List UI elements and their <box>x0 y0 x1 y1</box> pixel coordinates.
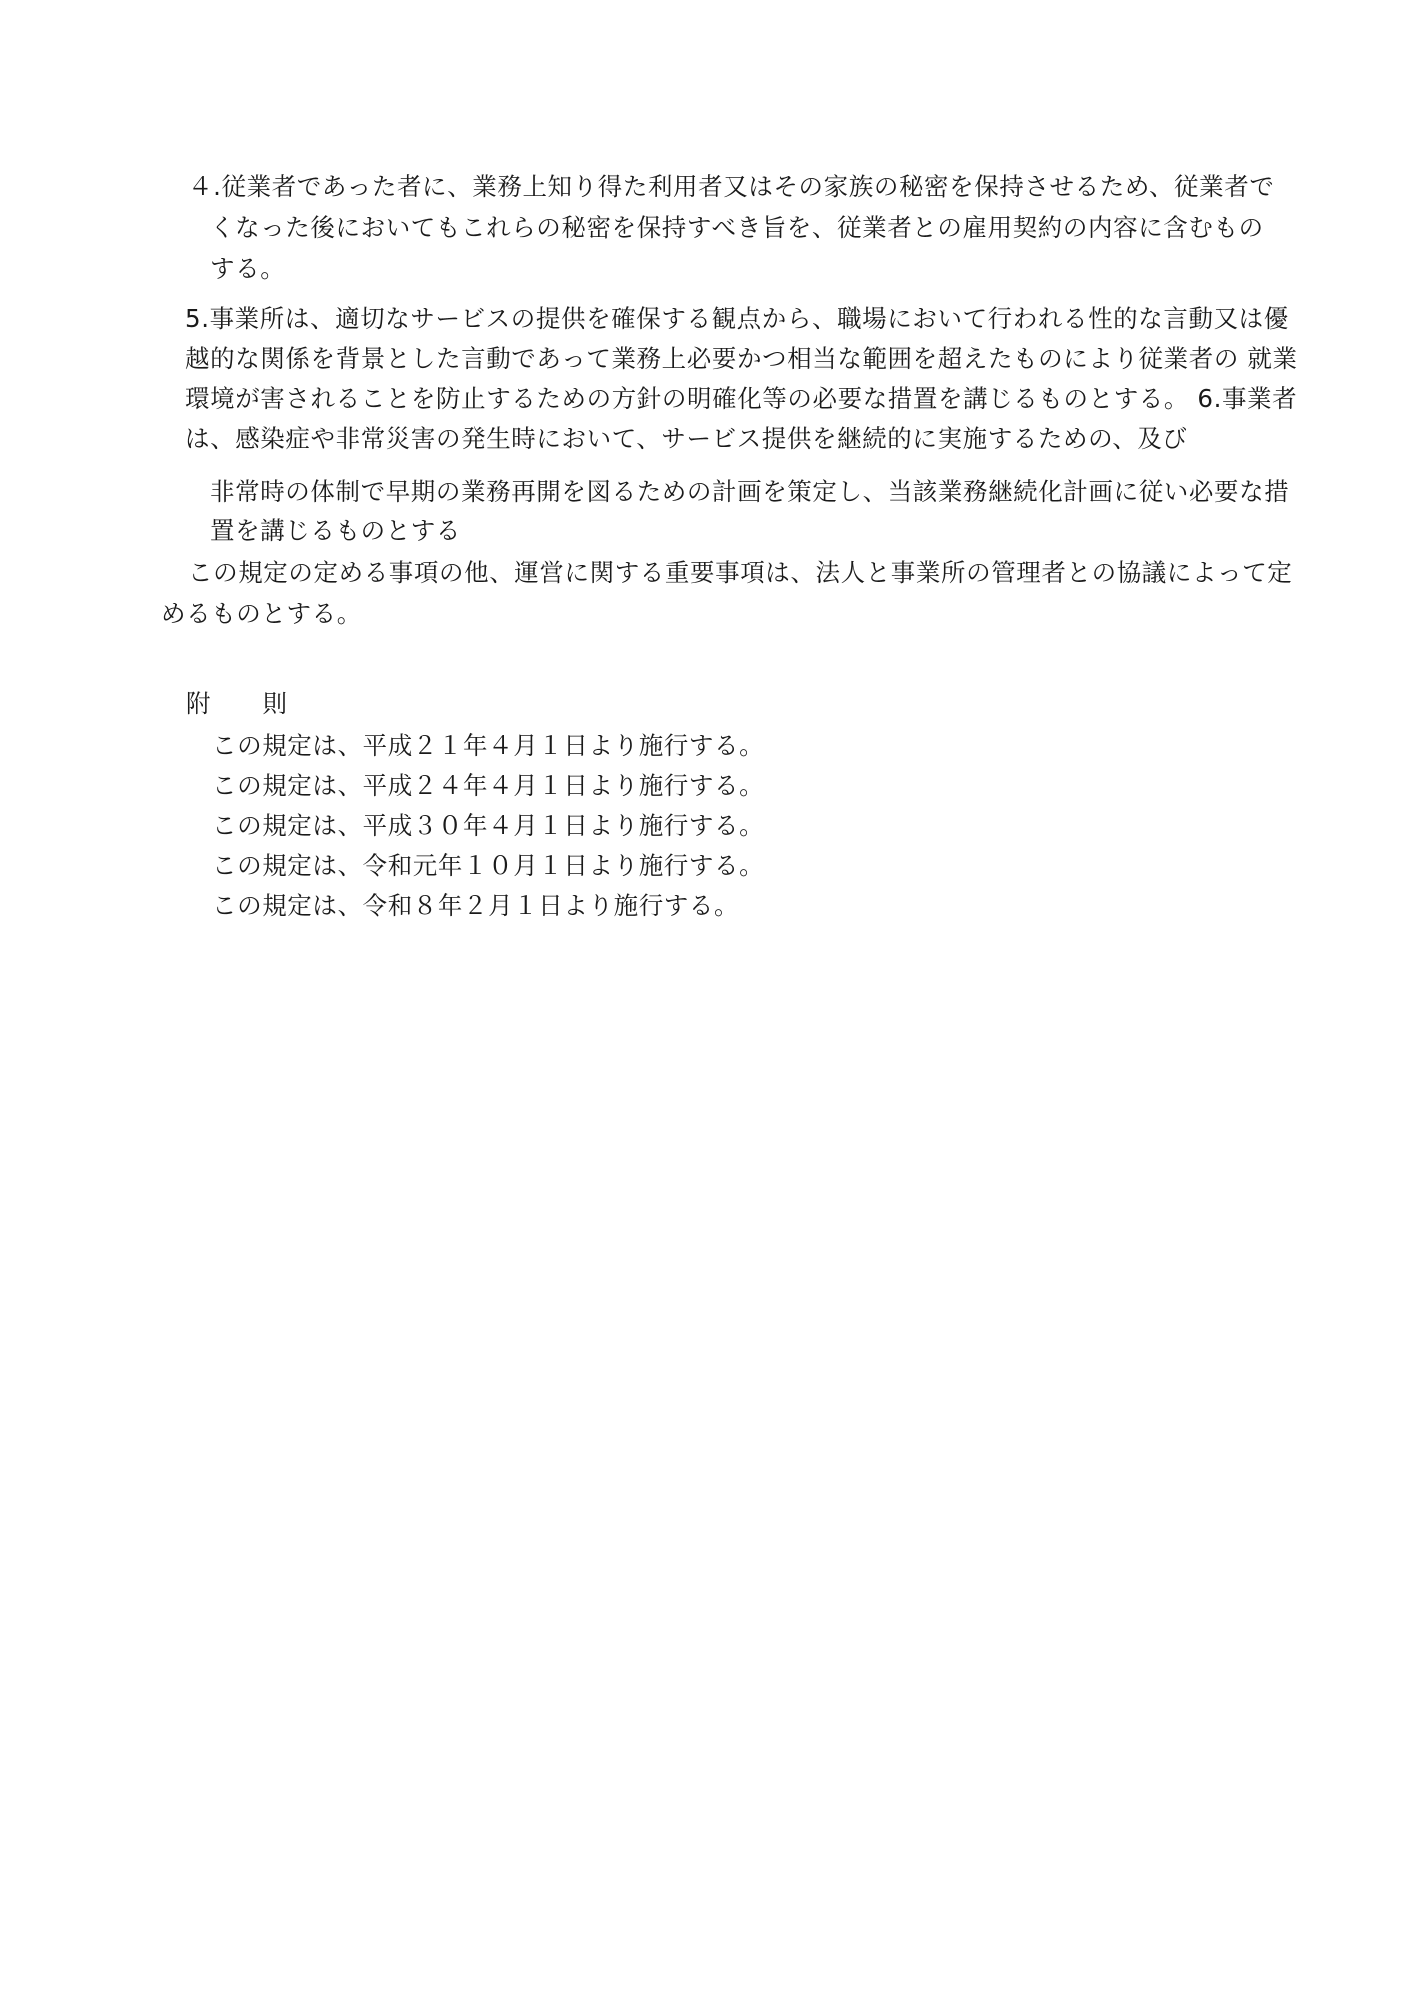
item4-line-3: する。 <box>210 254 285 284</box>
supplementary-entry: この規定は、令和元年１０月１日より施行する。 <box>212 851 764 881</box>
item4-line-2: くなった後においてもこれらの秘密を保持すべき旨を、従業者との雇用契約の内容に含む… <box>210 213 1264 243</box>
item5-line-4: は、感染症や非常災害の発生時において、サービス提供を継続的に実施するための、及び <box>185 424 1188 454</box>
supplementary-entry: この規定は、平成２１年４月１日より施行する。 <box>212 731 764 761</box>
closing-clause-line-2: めるものとする。 <box>161 599 362 629</box>
item6-line-2: 置を講じるものとする <box>210 516 461 546</box>
document-page: ４.従業者であった者に、業務上知り得た利用者又はその家族の秘密を保持させるため、… <box>0 0 1414 2000</box>
item5-line-3: 環境が害されることを防止するための方針の明確化等の必要な措置を講じるものとする。… <box>185 384 1297 414</box>
item5-line-2: 越的な関係を背景とした言動であって業務上必要かつ相当な範囲を超えたものにより従業… <box>185 344 1298 374</box>
supplementary-entry: この規定は、令和８年２月１日より施行する。 <box>212 891 739 921</box>
supplementary-entry: この規定は、平成３０年４月１日より施行する。 <box>212 811 764 841</box>
item6-line-1: 非常時の体制で早期の業務再開を図るための計画を策定し、当該業務継続化計画に従い必… <box>210 477 1289 507</box>
closing-clause-line-1: この規定の定める事項の他、運営に関する重要事項は、法人と事業所の管理者との協議に… <box>188 558 1292 588</box>
supplementary-provisions-heading: 附則 <box>186 689 287 719</box>
supplementary-entry: この規定は、平成２４年４月１日より施行する。 <box>212 771 764 801</box>
heading-char-left: 附 <box>186 689 211 718</box>
item5-line-1: 5.事業所は、適切なサービスの提供を確保する観点から、職場において行われる性的な… <box>185 304 1289 334</box>
heading-char-right: 則 <box>263 689 288 718</box>
item4-line-1: ４.従業者であった者に、業務上知り得た利用者又はその家族の秘密を保持させるため、… <box>188 172 1274 202</box>
